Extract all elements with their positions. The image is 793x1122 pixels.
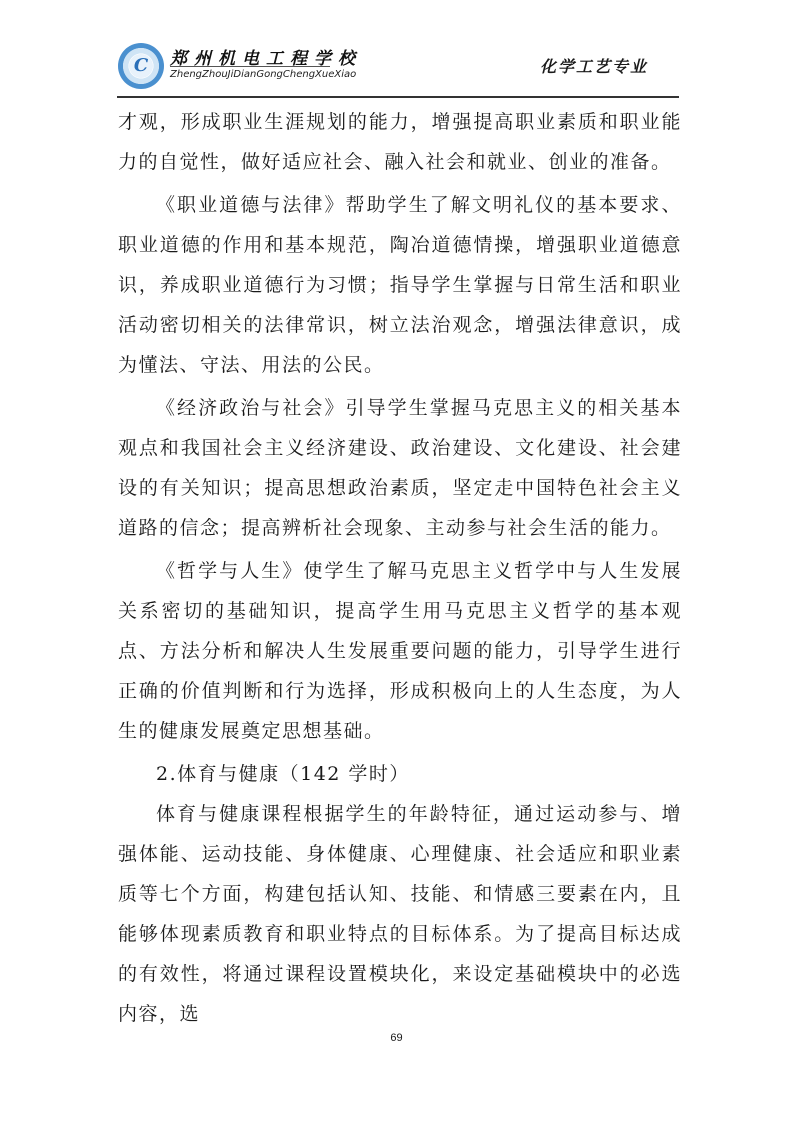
major-title: 化学工艺专业: [540, 54, 648, 77]
document-body: 才观，形成职业生涯规划的能力，增强提高职业素质和职业能力的自觉性，做好适应社会、…: [118, 102, 682, 1034]
school-name-divider: [170, 66, 330, 67]
header-divider: [117, 96, 679, 98]
paragraph-ethics-law: 《职业道德与法律》帮助学生了解文明礼仪的基本要求、职业道德的作用和基本规范，陶冶…: [118, 185, 682, 385]
paragraph-economy-politics: 《经济政治与社会》引导学生掌握马克思主义的相关基本观点和我国社会主义经济建设、政…: [118, 388, 682, 548]
school-name-en: ZhengZhouJiDianGongChengXueXiao: [170, 69, 356, 80]
paragraph-philosophy: 《哲学与人生》使学生了解马克思主义哲学中与人生发展关系密切的基础知识，提高学生用…: [118, 551, 682, 751]
paragraph-pe-health: 体育与健康课程根据学生的年龄特征，通过运动参与、增强体能、运动技能、身体健康、心…: [118, 794, 682, 1034]
school-logo-icon: C: [118, 43, 164, 89]
paragraph-career-continuation: 才观，形成职业生涯规划的能力，增强提高职业素质和职业能力的自觉性，做好适应社会、…: [118, 102, 682, 182]
page-number: 69: [0, 1032, 793, 1044]
section-heading-pe-health: 2.体育与健康（142 学时）: [118, 754, 682, 794]
logo-letter: C: [129, 54, 153, 78]
page-header: C 郑州机电工程学校 ZhengZhouJiDianGongChengXueXi…: [118, 40, 678, 92]
